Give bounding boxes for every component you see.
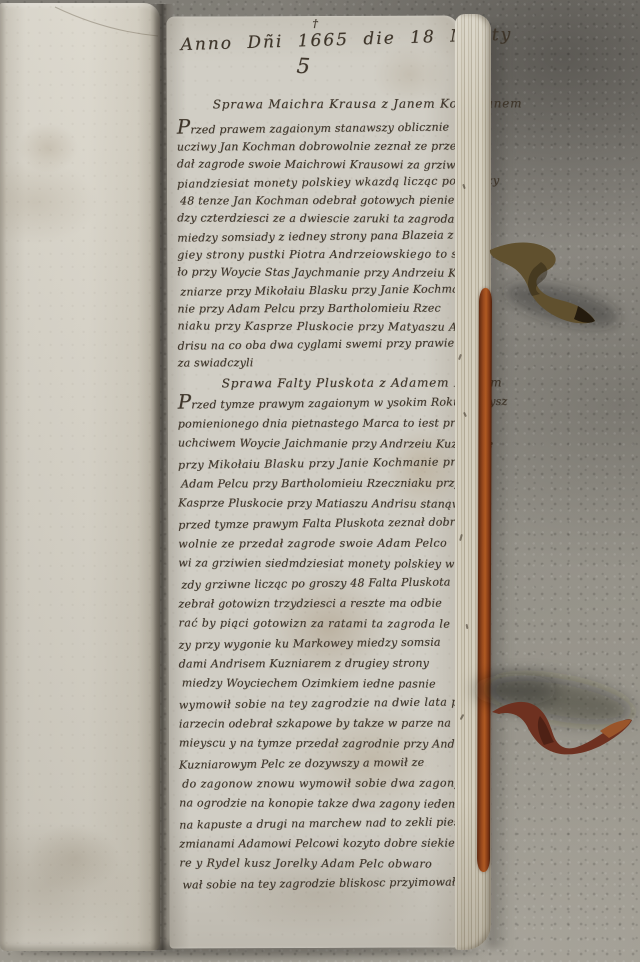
manuscript-line: zy przy wygonie ku Markowey miedzy somsi…	[178, 632, 456, 655]
ink-mark	[460, 714, 465, 720]
manuscript-page: Anno Dñi 1665 die 18 Marty † 5 Sprawa Ma…	[166, 15, 461, 948]
manuscript-line: zdy grziwne licząc po groszy 48 Falta Pl…	[178, 572, 456, 595]
manuscript-line: mieyscu y na tymze przedał zagrodnie prz…	[179, 733, 457, 754]
manuscript-line: przed tymze prawym Falta Pluskota zeznał…	[178, 512, 456, 535]
manuscript-line: ło przy Woycie Stas Jaychmanie przy Andr…	[177, 263, 455, 282]
ink-mark	[462, 184, 466, 189]
manuscript-line: dzy czterdziesci ze a dwiescie zaruki ta…	[177, 209, 455, 228]
manuscript-line: iarzecin odebrał szkapowe by takze w par…	[179, 714, 457, 735]
section-heading: Sprawa Maichra Krausa z Janem Kochmanem	[177, 94, 455, 115]
page-number: 5	[296, 54, 311, 79]
photo-scene: Anno Dñi 1665 die 18 Marty † 5 Sprawa Ma…	[0, 0, 640, 962]
cover-edge	[477, 288, 492, 872]
left-blank-page	[0, 3, 160, 951]
manuscript-line: przy Mikołaiu Blasku przy Janie Kochmani…	[178, 452, 456, 475]
manuscript-line: miedzy Woyciechem Ozimkiem iedne pasnie	[179, 673, 457, 694]
manuscript-line: do zagonow znowu wymowił sobie dwa zagon…	[179, 774, 457, 795]
manuscript-line: wolnie ze przedał zagrode swoie Adam Pel…	[178, 534, 456, 555]
ink-mark	[458, 354, 462, 360]
manuscript-line: ucziwy Jan Kochman dobrowolnie zeznał ze…	[177, 138, 455, 157]
manuscript-line: zebrał gotowizn trzydziesci a reszte ma …	[178, 594, 456, 615]
manuscript-line: re y Rydel kusz Jorelky Adam Pelc obwaro	[179, 853, 457, 874]
page-crease-line	[0, 3, 160, 63]
text-column: Sprawa Maichra Krausa z Janem Kochmanem …	[177, 94, 458, 895]
manuscript-line: 48 tenze Jan Kochman odebrał gotowych pi…	[177, 192, 455, 211]
manuscript-line: na kapuste a drugi na marchew nad to zek…	[179, 812, 457, 835]
ink-mark	[459, 534, 463, 541]
cross-mark-icon: †	[312, 17, 318, 30]
manuscript-line: rać by piąci gotowizn za ratami ta zagro…	[178, 613, 456, 634]
manuscript-line: miedzy somsiady z iedney strony pana Bla…	[177, 226, 455, 247]
ink-mark	[466, 624, 469, 629]
manuscript-line: nie przy Adam Pelcu przy Bartholomieiu R…	[177, 300, 455, 319]
manuscript-line: Kasprze Pluskocie przy Matiaszu Andrisu …	[178, 493, 456, 514]
manuscript-line: na ogrodzie na konopie takze dwa zagony …	[179, 793, 457, 814]
manuscript-line: Przed prawem zagaionym stanawszy obliczn…	[177, 117, 455, 139]
manuscript-line: piandziesiat monety polskiey wkazdą licz…	[177, 172, 455, 193]
manuscript-line: dami Andrisem Kuzniarem z drugiey strony	[179, 654, 457, 675]
section-heading: Sprawa Falty Pluskota z Adamem Pelcem	[178, 372, 456, 395]
manuscript-lines: Przed tymze prawym zagaionym w ysokim Ro…	[178, 394, 458, 895]
paper-stain	[30, 823, 120, 893]
manuscript-line: niaku przy Kasprze Pluskocie przy Matyas…	[177, 317, 455, 336]
manuscript-line: drisu na co oba dwa cyglami swemi przy p…	[177, 334, 455, 355]
manuscript-line: giey strony pustki Piotra Andrzeiowskieg…	[177, 246, 455, 265]
manuscript-line: wymowił sobie na tey zagrodzie na dwie l…	[179, 692, 457, 715]
manuscript-line: pomienionego dnia pietnastego Marca to i…	[178, 414, 456, 435]
manuscript-line: zniarze przy Mikołaiu Blasku przy Janie …	[177, 280, 455, 301]
manuscript-lines: Przed prawem zagaionym stanawszy obliczn…	[177, 119, 456, 373]
manuscript-line: za swiadczyli	[178, 354, 456, 373]
manuscript-line: wał sobie na tey zagrodzie bliskosc przy…	[179, 872, 457, 895]
paper-stain	[18, 123, 78, 173]
manuscript-line: wi za grziwien siedmdziesiat monety pols…	[178, 553, 456, 574]
manuscript-line: Przed tymze prawym zagaionym w ysokim Ro…	[178, 392, 456, 415]
manuscript-line: uchciwem Woycie Jaichmanie przy Andrzeiu…	[178, 433, 456, 454]
manuscript-line: dał zagrode swoie Maichrowi Krausowi za …	[177, 155, 455, 174]
manuscript-line: Adam Pelcu przy Bartholomieiu Rzeczniaku…	[178, 474, 456, 495]
manuscript-line: zmianami Adamowi Pelcowi kozyto dobre si…	[179, 834, 457, 855]
manuscript-line: Kuzniarowym Pelc ze dozywszy a mowił ze	[179, 752, 457, 775]
ink-mark	[463, 412, 467, 417]
